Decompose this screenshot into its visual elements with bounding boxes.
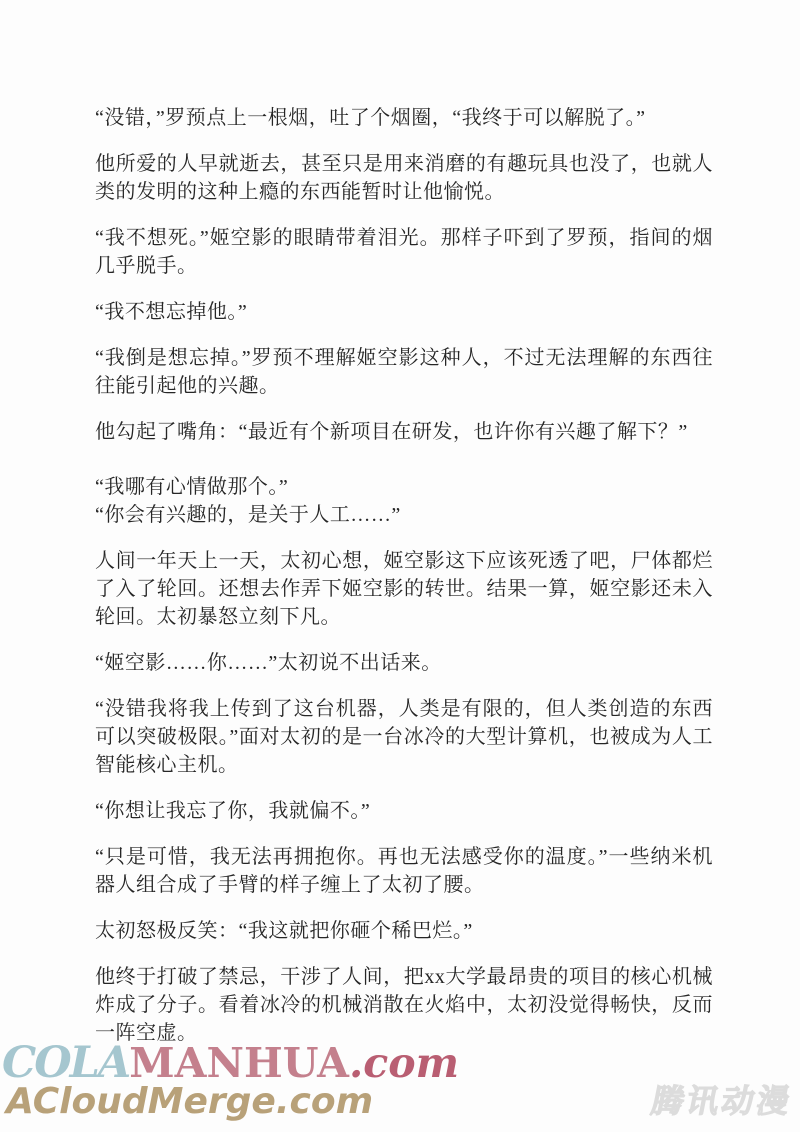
colamanhua-watermark: COLAMANHUA.com — [2, 1042, 459, 1085]
paragraph: “只是可惜，我无法再拥抱你。再也无法感受你的温度。”一些纳米机器人组合成了手臂的… — [95, 843, 713, 899]
novel-text-block: “没错，”罗预点上一根烟，吐了个烟圈，“我终于可以解脱了。” 他所爱的人早就逝去… — [95, 104, 713, 1065]
paragraph: “姬空影……你……”太初说不出话来。 — [95, 649, 713, 677]
paragraph: “我哪有心情做那个。” — [95, 473, 713, 501]
tencent-comics-watermark: 腾讯动漫 — [648, 1082, 795, 1120]
paragraph: “你想让我忘了你，我就偏不。” — [95, 797, 713, 825]
paragraph: “你会有兴趣的，是关于人工……” — [95, 501, 713, 529]
paragraph: 人间一年天上一天，太初心想，姬空影这下应该死透了吧，尸体都烂了入了轮回。还想去作… — [95, 547, 713, 631]
com-suffix: .com — [349, 1039, 459, 1087]
paragraph: “我不想忘掉他。” — [95, 298, 713, 326]
paragraph: 太初怒极反笑：“我这就把你砸个稀巴烂。” — [95, 917, 713, 945]
acloudmerge-watermark: ACloudMerge.com — [6, 1084, 373, 1120]
manhua-wordmark: MANHUA — [129, 1039, 349, 1087]
paragraph: 他终于打破了禁忌，干涉了人间，把xx大学最昂贵的项目的核心机械炸成了分子。看着冰… — [95, 963, 713, 1047]
paragraph: “我倒是想忘掉。”罗预不理解姬空影这种人，不过无法理解的东西往往能引起他的兴趣。 — [95, 344, 713, 400]
paragraph: 他勾起了嘴角：“最近有个新项目在研发，也许你有兴趣了解下？” — [95, 418, 713, 446]
novel-page: “没错，”罗预点上一根烟，吐了个烟圈，“我终于可以解脱了。” 他所爱的人早就逝去… — [0, 0, 800, 1132]
paragraph: 他所爱的人早就逝去，甚至只是用来消磨的有趣玩具也没了，也就人类的发明的这种上瘾的… — [95, 150, 713, 206]
paragraph: “没错，”罗预点上一根烟，吐了个烟圈，“我终于可以解脱了。” — [95, 104, 713, 132]
paragraph: “我不想死。”姬空影的眼睛带着泪光。那样子吓到了罗预，指间的烟几乎脱手。 — [95, 224, 713, 280]
paragraph: “没错我将我上传到了这台机器，人类是有限的，但人类创造的东西可以突破极限。”面对… — [95, 695, 713, 779]
